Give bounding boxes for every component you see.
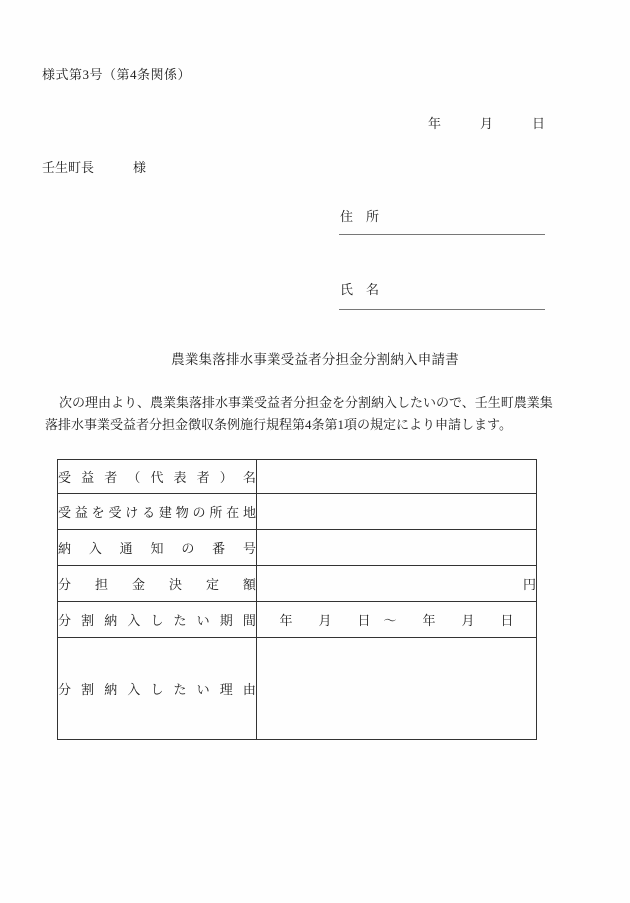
form-number: 様式第3号（第4条関係） [42,64,191,83]
row-label: 受益者（代表者）名 [58,467,256,486]
row-label: 受益を受ける建物の所在地 [58,502,256,521]
name-underline [339,309,545,310]
table-row-beneficiary: 受益者（代表者）名 [58,460,537,494]
row-value-amount-unit: 円 [257,566,537,602]
row-value [257,494,537,530]
address-underline [339,234,545,235]
address-label: 住 所 [340,206,379,225]
addressee: 壬生町長 様 [42,157,146,176]
row-value [257,638,537,740]
table-row-notice-number: 納入通知の番号 [58,530,537,566]
body-paragraph: 次の理由より、農業集落排水事業受益者分担金を分割納入したいので、壬生町農業集 落… [45,392,559,436]
row-value-period-dates: 年 月 日 ～ 年 月 日 [257,602,537,638]
table-row-installment-period: 分割納入したい期間 年 月 日 ～ 年 月 日 [58,602,537,638]
name-label: 氏 名 [340,279,379,298]
row-label: 分割納入したい理由 [58,679,256,698]
document-title: 農業集落排水事業受益者分担金分割納入申請書 [0,348,630,368]
date-line: 年 月 日 [428,113,545,132]
body-line-1: 次の理由より、農業集落排水事業受益者分担金を分割納入したいので、壬生町農業集 [45,392,559,414]
document-page: 様式第3号（第4条関係） 年 月 日 壬生町長 様 住 所 氏 名 農業集落排水… [0,0,630,903]
row-value [257,530,537,566]
table-row-decided-amount: 分担金決定額 円 [58,566,537,602]
row-label: 納入通知の番号 [58,538,256,557]
row-value [257,460,537,494]
body-line-2: 落排水事業受益者分担金徴収条例施行規程第4条第1項の規定により申請します。 [45,414,559,436]
table-row-building-location: 受益を受ける建物の所在地 [58,494,537,530]
table-row-installment-reason: 分割納入したい理由 [58,638,537,740]
row-label: 分担金決定額 [58,574,256,593]
application-table: 受益者（代表者）名 受益を受ける建物の所在地 納入通知の番号 分担金決定額 [57,459,537,740]
row-label: 分割納入したい期間 [58,610,256,629]
